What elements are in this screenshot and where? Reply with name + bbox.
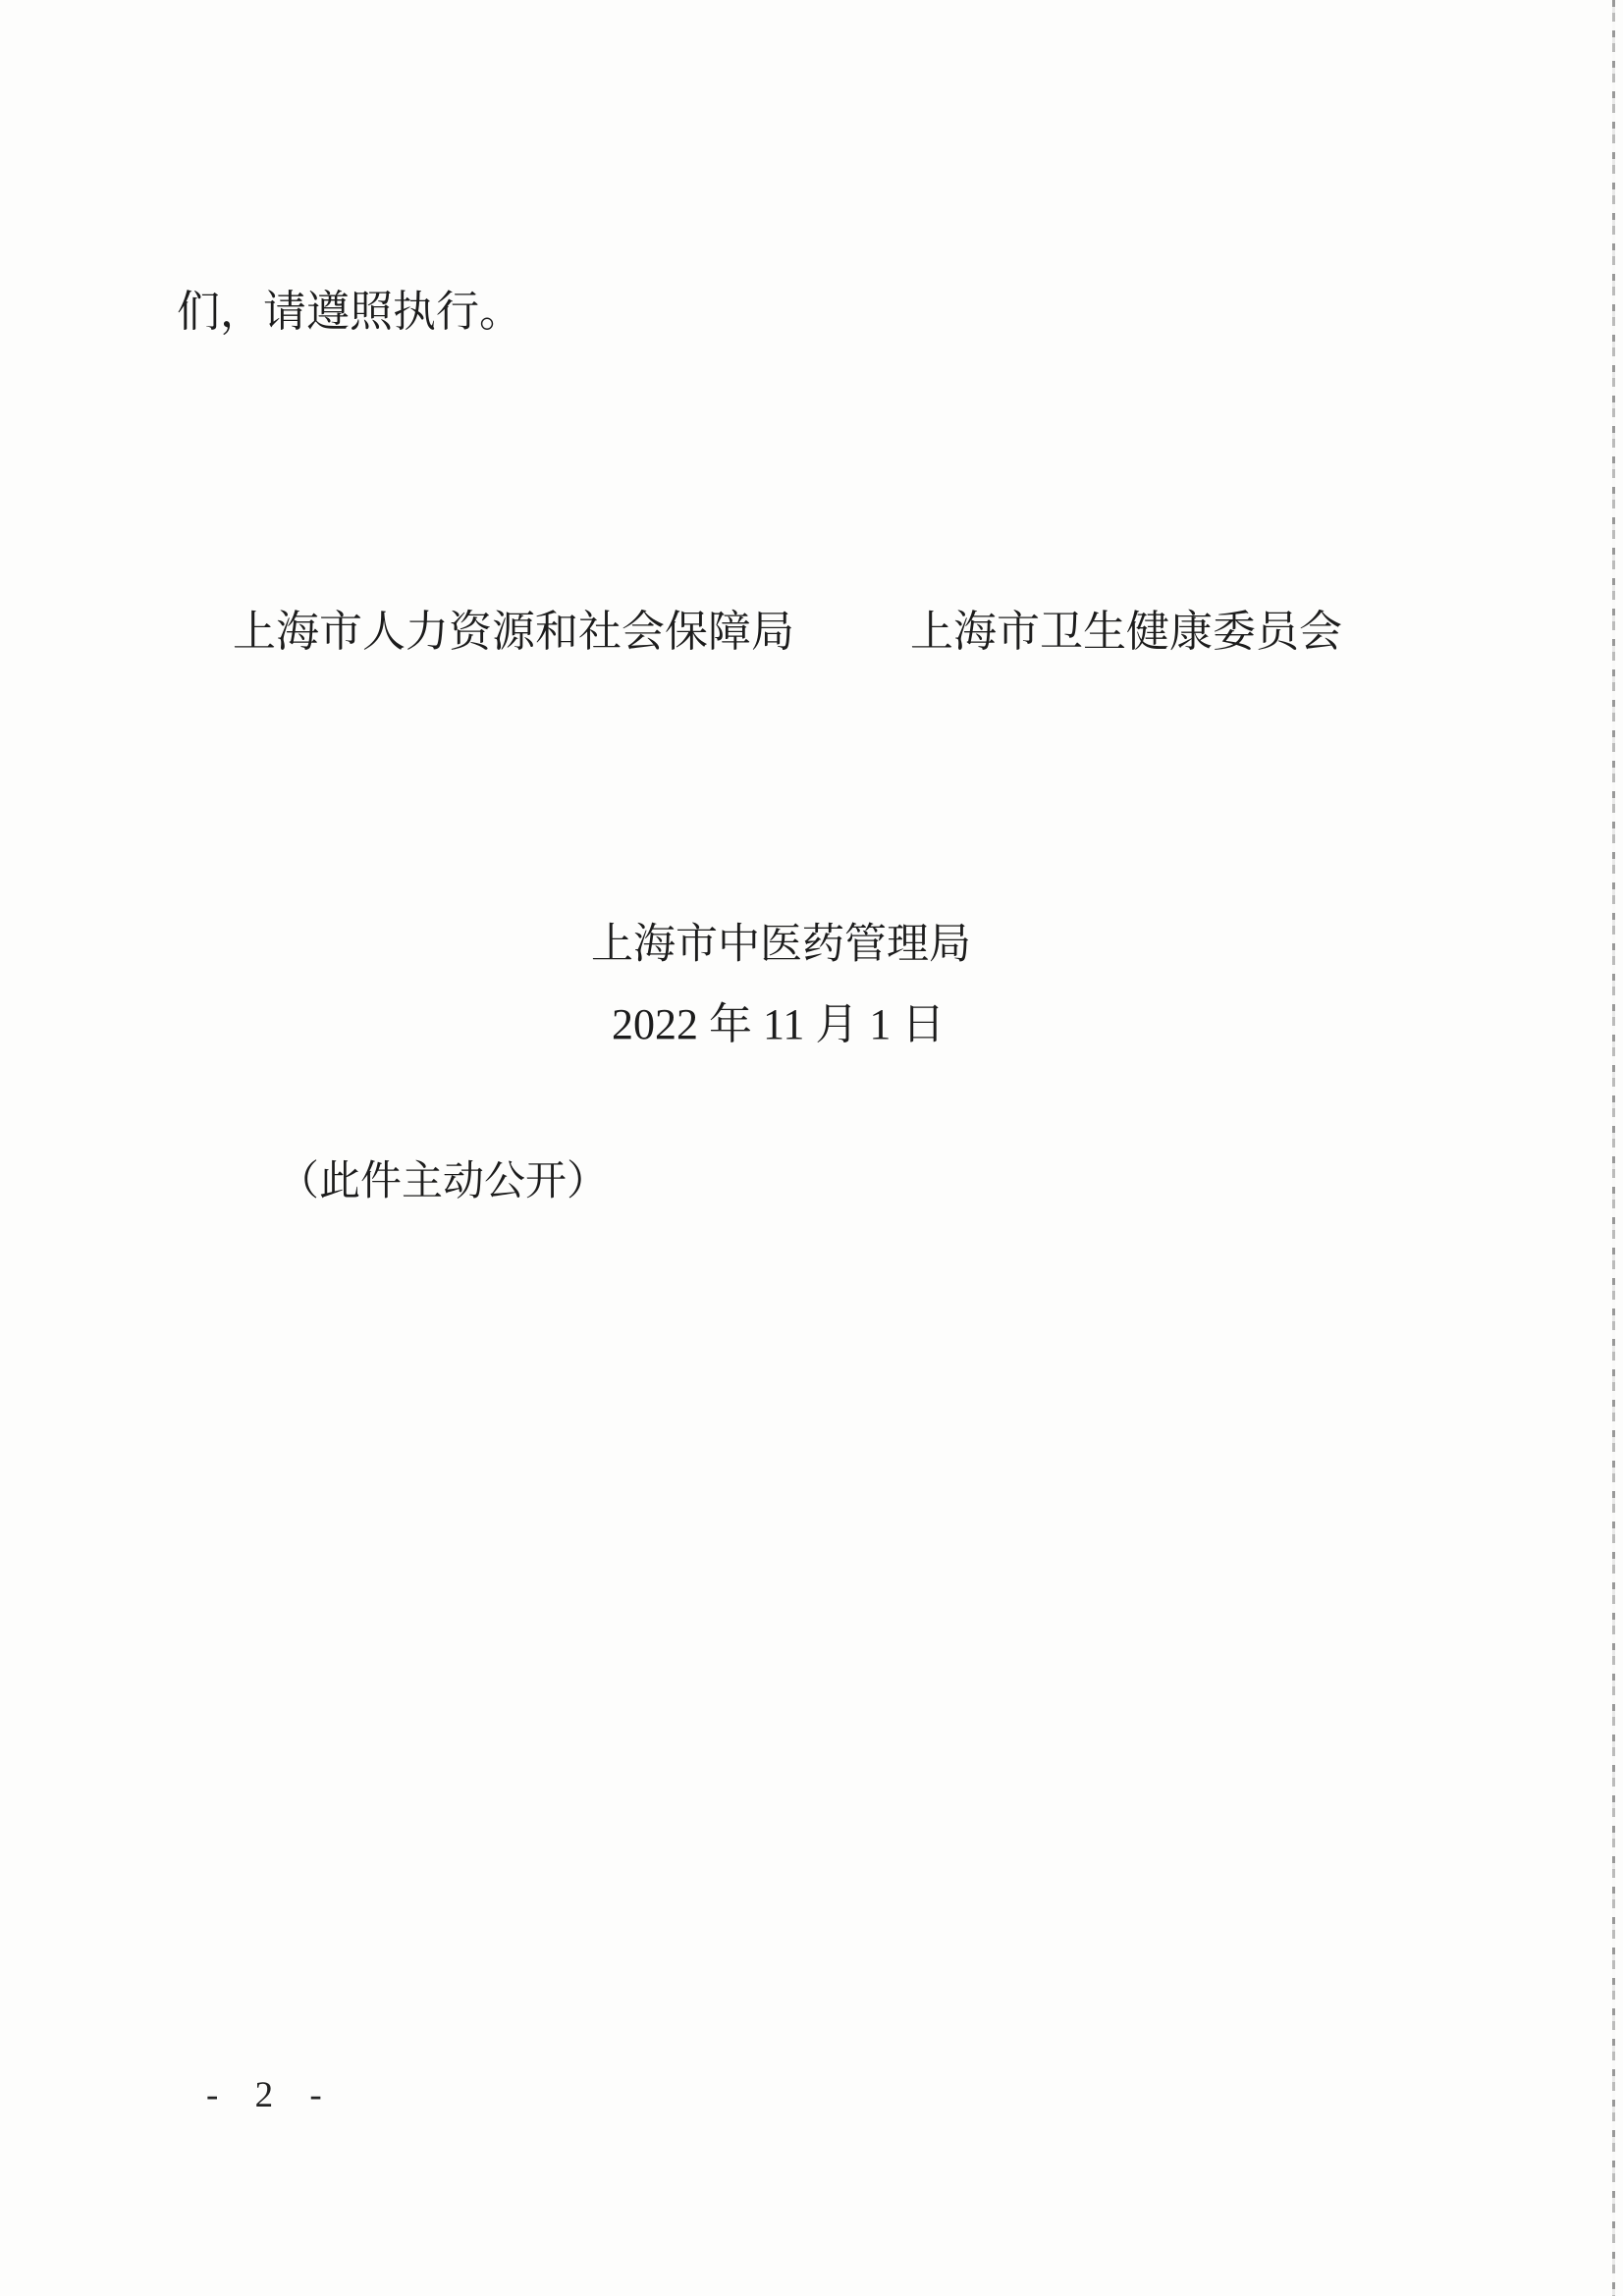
signatory-hrss-bureau: 上海市人力资源和社会保障局: [233, 611, 794, 654]
issuer-tcm-administration: 上海市中医药管理局: [591, 924, 971, 966]
signatory-health-commission: 上海市卫生健康委员会: [910, 611, 1342, 654]
issue-date: 2022 年 11 月 1 日: [612, 1003, 945, 1046]
body-closing-line: 们，请遵照执行。: [177, 291, 522, 334]
page-number: - 2 -: [206, 2077, 336, 2113]
scan-edge-artifact: [1612, 0, 1615, 2296]
disclosure-note: （此件主动公开）: [278, 1161, 608, 1202]
document-page: 们，请遵照执行。 上海市人力资源和社会保障局 上海市卫生健康委员会 上海市中医药…: [0, 0, 1623, 2296]
signatory-row: 上海市人力资源和社会保障局 上海市卫生健康委员会: [233, 611, 1342, 654]
